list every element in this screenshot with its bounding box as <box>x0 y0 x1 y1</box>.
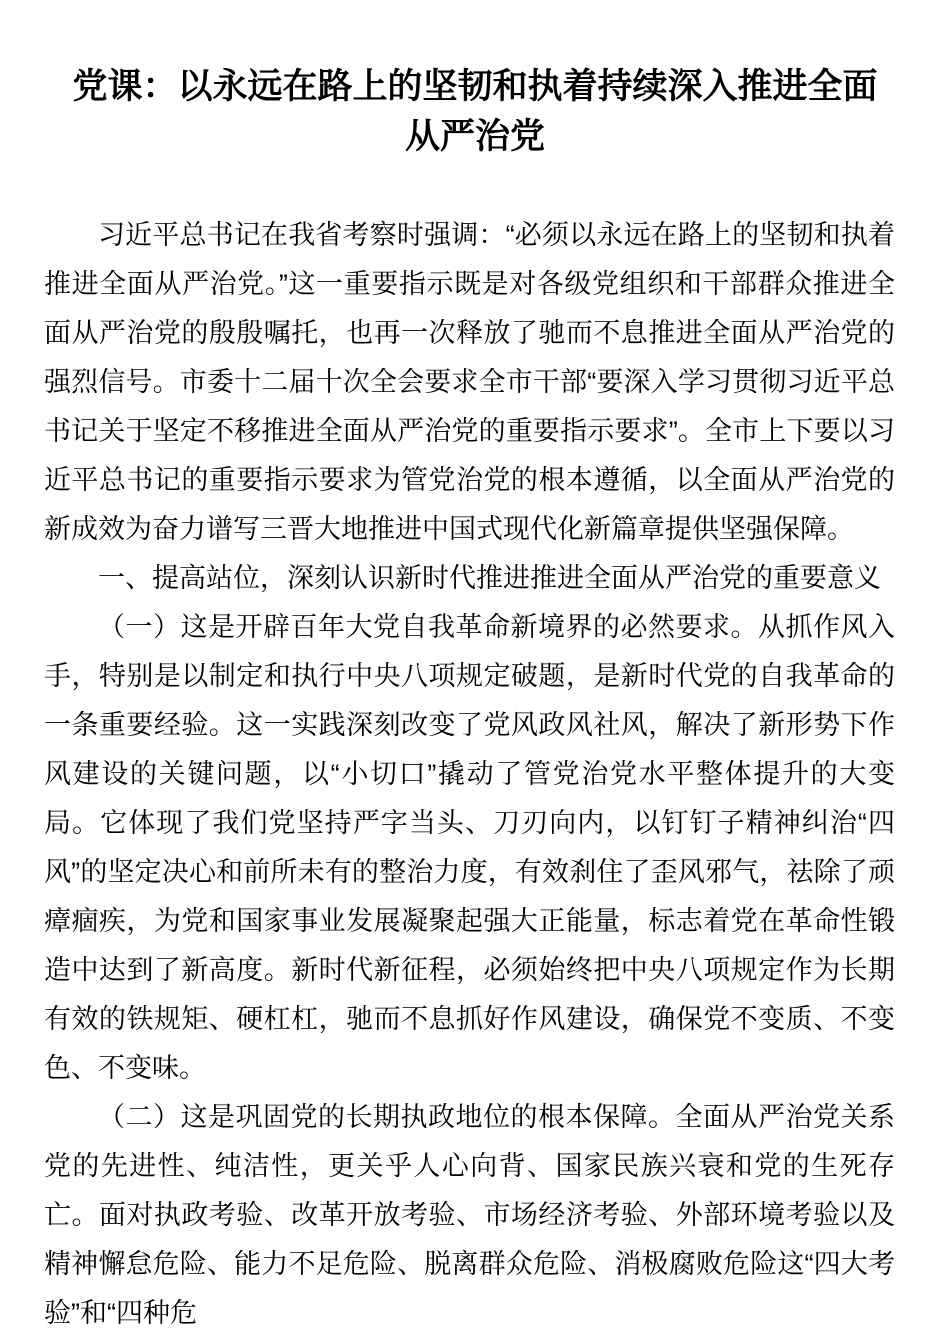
paragraph-point-1: （一）这是开辟百年大党自我革命新境界的必然要求。从抓作风入手，特别是以制定和执行… <box>44 603 895 1093</box>
document-title: 党课：以永远在路上的坚韧和执着持续深入推进全面从严治党 <box>60 62 890 162</box>
paragraph-point-2: （二）这是巩固党的长期执政地位的根本保障。全面从严治党关系党的先进性、纯洁性，更… <box>44 1093 895 1338</box>
document-body: 习近平总书记在我省考察时强调：“必须以永远在路上的坚韧和执着推进全面从严治党。”… <box>44 211 895 1338</box>
section-heading-1: 一、提高站位，深刻认识新时代推进推进全面从严治党的重要意义 <box>44 554 895 603</box>
paragraph-intro: 习近平总书记在我省考察时强调：“必须以永远在路上的坚韧和执着推进全面从严治党。”… <box>44 211 895 554</box>
document-page: 党课：以永远在路上的坚韧和执着持续深入推进全面从严治党 习近平总书记在我省考察时… <box>0 0 950 1344</box>
